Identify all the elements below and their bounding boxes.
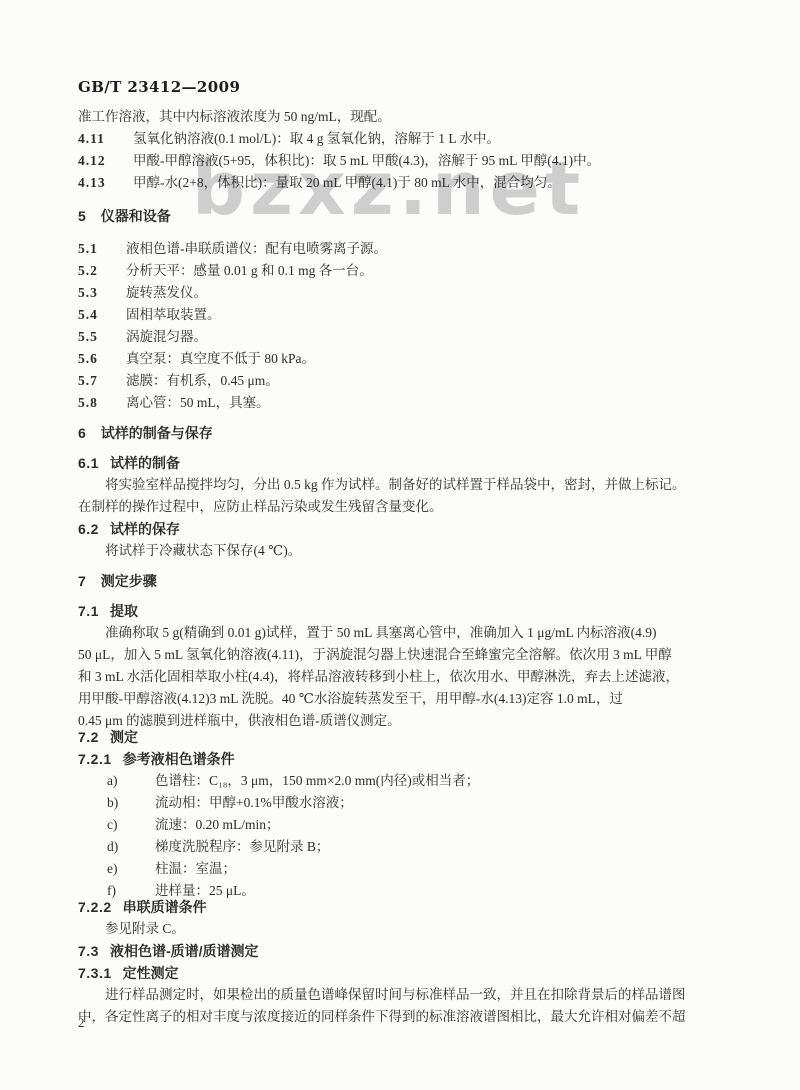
clause-7-3-1-heading: 7.3.1定性测定	[78, 962, 740, 984]
section-number: 6	[78, 422, 86, 444]
clause-number: 4.11	[78, 128, 120, 150]
clause-5-7-row: 5.7滤膜：有机系，0.45 μm。	[78, 370, 740, 392]
paragraph-line: 将试样于冷藏状态下保存(4 ℃)。	[78, 540, 740, 562]
clause-number: 5.3	[78, 282, 113, 304]
clause-number: 7.2.1	[78, 748, 112, 770]
list-text: 色谱柱：C₁₈，3 μm，150 mm×2.0 mm(内径)或相当者；	[155, 773, 479, 788]
list-label: c)	[107, 814, 155, 836]
clause-text: 滤膜：有机系，0.45 μm。	[126, 373, 279, 388]
scanned-standard-page: bzxz.net GB/T 23412—2009 准工作溶液，其中内标溶液浓度为…	[0, 0, 800, 1090]
clause-5-2-row: 5.2分析天平：感量 0.01 g 和 0.1 mg 各一台。	[78, 260, 740, 282]
clause-5-8-row: 5.8离心管：50 mL，具塞。	[78, 392, 740, 414]
section-6-heading: 6试样的制备与保存	[78, 422, 740, 444]
clause-text: 旋转蒸发仪。	[126, 285, 207, 300]
clause-title: 液相色谱-质谱/质谱测定	[110, 943, 259, 959]
clause-number: 7.3	[78, 940, 99, 962]
clause-text: 甲醇-水(2+8，体积比)：量取 20 mL 甲醇(4.1)于 80 mL 水中…	[133, 175, 561, 190]
clause-text: 真空泵：真空度不低于 80 kPa。	[126, 351, 315, 366]
paragraph-line: 准工作溶液，其中内标溶液浓度为 50 ng/mL，现配。	[78, 106, 740, 128]
clause-text: 离心管：50 mL，具塞。	[126, 395, 270, 410]
clause-number: 6.1	[78, 452, 99, 474]
clause-number: 5.6	[78, 348, 113, 370]
list-text: 流速：0.20 mL/min；	[155, 817, 280, 832]
section-number: 5	[78, 205, 86, 227]
clause-text: 液相色谱-串联质谱仪：配有电喷雾离子源。	[126, 241, 387, 256]
list-label: d)	[107, 836, 155, 858]
clause-7-2-heading: 7.2测定	[78, 726, 740, 748]
section-title: 仪器和设备	[101, 208, 171, 224]
clause-title: 参考液相色谱条件	[123, 751, 235, 767]
clause-5-4-row: 5.4固相萃取装置。	[78, 304, 740, 326]
list-label: b)	[107, 792, 155, 814]
clause-6-1-heading: 6.1试样的制备	[78, 452, 740, 474]
condition-item-e: e)柱温：室温；	[78, 858, 740, 880]
paragraph-line: 和 3 mL 水活化固相萃取小柱(4.4)，将样品溶液转移到小柱上，依次用水、甲…	[78, 666, 740, 688]
standard-number-header: GB/T 23412—2009	[78, 78, 240, 96]
paragraph-line: 中，各定性离子的相对丰度与浓度接近的同样条件下得到的标准溶液谱图相比，最大允许相…	[78, 1006, 740, 1028]
paragraph-line: 进行样品测定时，如果检出的质量色谱峰保留时间与标准样品一致，并且在扣除背景后的样…	[78, 984, 740, 1006]
clause-4-12-row: 4.12甲酸-甲醇溶液(5+95，体积比)：取 5 mL 甲酸(4.3)，溶解于…	[78, 150, 740, 172]
clause-number: 5.2	[78, 260, 113, 282]
clause-number: 4.12	[78, 150, 120, 172]
clause-7-3-block: 7.2.2串联质谱条件 参见附录 C。 7.3液相色谱-质谱/质谱测定 7.3.…	[78, 896, 740, 1028]
section-5-heading-block: 5仪器和设备	[78, 205, 740, 227]
list-text: 柱温：室温；	[155, 861, 236, 876]
paragraph-line: 在制样的操作过程中，应防止样品污染或发生残留含量变化。	[78, 496, 740, 518]
section-title: 试样的制备与保存	[101, 425, 213, 441]
clause-number: 7.1	[78, 600, 99, 622]
clause-number: 5.7	[78, 370, 113, 392]
clause-title: 定性测定	[123, 965, 179, 981]
clause-number: 7.2	[78, 726, 99, 748]
section-6-heading-block: 6试样的制备与保存	[78, 422, 740, 444]
clause-7-2-2-heading: 7.2.2串联质谱条件	[78, 896, 740, 918]
clause-7-1-heading: 7.1提取	[78, 600, 740, 622]
clause-number: 5.4	[78, 304, 113, 326]
condition-item-a: a)色谱柱：C₁₈，3 μm，150 mm×2.0 mm(内径)或相当者；	[78, 770, 740, 792]
section-number: 7	[78, 570, 86, 592]
clause-5-3-row: 5.3旋转蒸发仪。	[78, 282, 740, 304]
clauses-4-block: 准工作溶液，其中内标溶液浓度为 50 ng/mL，现配。 4.11氢氧化钠溶液(…	[78, 106, 740, 194]
list-text: 梯度洗脱程序：参见附录 B；	[155, 839, 329, 854]
clause-5-5-row: 5.5涡旋混匀器。	[78, 326, 740, 348]
list-label: e)	[107, 858, 155, 880]
clause-5-6-row: 5.6真空泵：真空度不低于 80 kPa。	[78, 348, 740, 370]
paragraph-line: 参见附录 C。	[78, 918, 740, 940]
clause-number: 5.5	[78, 326, 113, 348]
clause-title: 试样的制备	[110, 455, 180, 471]
clauses-5-block: 5.1液相色谱-串联质谱仪：配有电喷雾离子源。 5.2分析天平：感量 0.01 …	[78, 238, 740, 414]
clause-text: 固相萃取装置。	[126, 307, 221, 322]
clause-number: 5.8	[78, 392, 113, 414]
clause-text: 甲酸-甲醇溶液(5+95，体积比)：取 5 mL 甲酸(4.3)，溶解于 95 …	[133, 153, 600, 168]
clause-number: 6.2	[78, 518, 99, 540]
clause-number: 5.1	[78, 238, 113, 260]
clause-number: 4.13	[78, 172, 120, 194]
clause-text: 涡旋混匀器。	[126, 329, 207, 344]
paragraph-line: 50 μL，加入 5 mL 氢氧化钠溶液(4.11)，于涡旋混匀器上快速混合至蜂…	[78, 644, 740, 666]
clause-number: 7.3.1	[78, 962, 112, 984]
condition-item-c: c)流速：0.20 mL/min；	[78, 814, 740, 836]
clause-7-2-1-heading: 7.2.1参考液相色谱条件	[78, 748, 740, 770]
section-title: 测定步骤	[101, 573, 157, 589]
list-text: 流动相：甲醇+0.1%甲酸水溶液；	[155, 795, 353, 810]
section-6-body-block: 6.1试样的制备 将实验室样品搅拌均匀，分出 0.5 kg 作为试样。制备好的试…	[78, 452, 740, 562]
condition-item-b: b)流动相：甲醇+0.1%甲酸水溶液；	[78, 792, 740, 814]
section-5-heading: 5仪器和设备	[78, 205, 740, 227]
clause-7-3-heading: 7.3液相色谱-质谱/质谱测定	[78, 940, 740, 962]
paragraph-line: 准确称取 5 g(精确到 0.01 g)试样，置于 50 mL 具塞离心管中，准…	[78, 622, 740, 644]
list-label: a)	[107, 770, 155, 792]
clause-title: 测定	[110, 729, 138, 745]
clause-5-1-row: 5.1液相色谱-串联质谱仪：配有电喷雾离子源。	[78, 238, 740, 260]
clause-7-1-block: 7.1提取 准确称取 5 g(精确到 0.01 g)试样，置于 50 mL 具塞…	[78, 600, 740, 732]
section-7-heading-block: 7测定步骤	[78, 570, 740, 592]
clause-title: 试样的保存	[110, 521, 180, 537]
clause-7-2-block: 7.2测定 7.2.1参考液相色谱条件 a)色谱柱：C₁₈，3 μm，150 m…	[78, 726, 740, 902]
paragraph-line: 用甲酸-甲醇溶液(4.12)3 mL 洗脱。40 ℃水浴旋转蒸发至干，用甲醇-水…	[78, 688, 740, 710]
clause-4-11-row: 4.11氢氧化钠溶液(0.1 mol/L)：取 4 g 氢氧化钠，溶解于 1 L…	[78, 128, 740, 150]
clause-4-13-row: 4.13甲醇-水(2+8，体积比)：量取 20 mL 甲醇(4.1)于 80 m…	[78, 172, 740, 194]
clause-number: 7.2.2	[78, 896, 112, 918]
page-number: 2	[78, 1012, 85, 1034]
clause-text: 氢氧化钠溶液(0.1 mol/L)：取 4 g 氢氧化钠，溶解于 1 L 水中。	[133, 131, 500, 146]
clause-title: 提取	[110, 603, 138, 619]
clause-title: 串联质谱条件	[123, 899, 207, 915]
section-7-heading: 7测定步骤	[78, 570, 740, 592]
clause-text: 分析天平：感量 0.01 g 和 0.1 mg 各一台。	[126, 263, 373, 278]
paragraph-line: 将实验室样品搅拌均匀，分出 0.5 kg 作为试样。制备好的试样置于样品袋中，密…	[78, 474, 740, 496]
condition-item-d: d)梯度洗脱程序：参见附录 B；	[78, 836, 740, 858]
clause-6-2-heading: 6.2试样的保存	[78, 518, 740, 540]
